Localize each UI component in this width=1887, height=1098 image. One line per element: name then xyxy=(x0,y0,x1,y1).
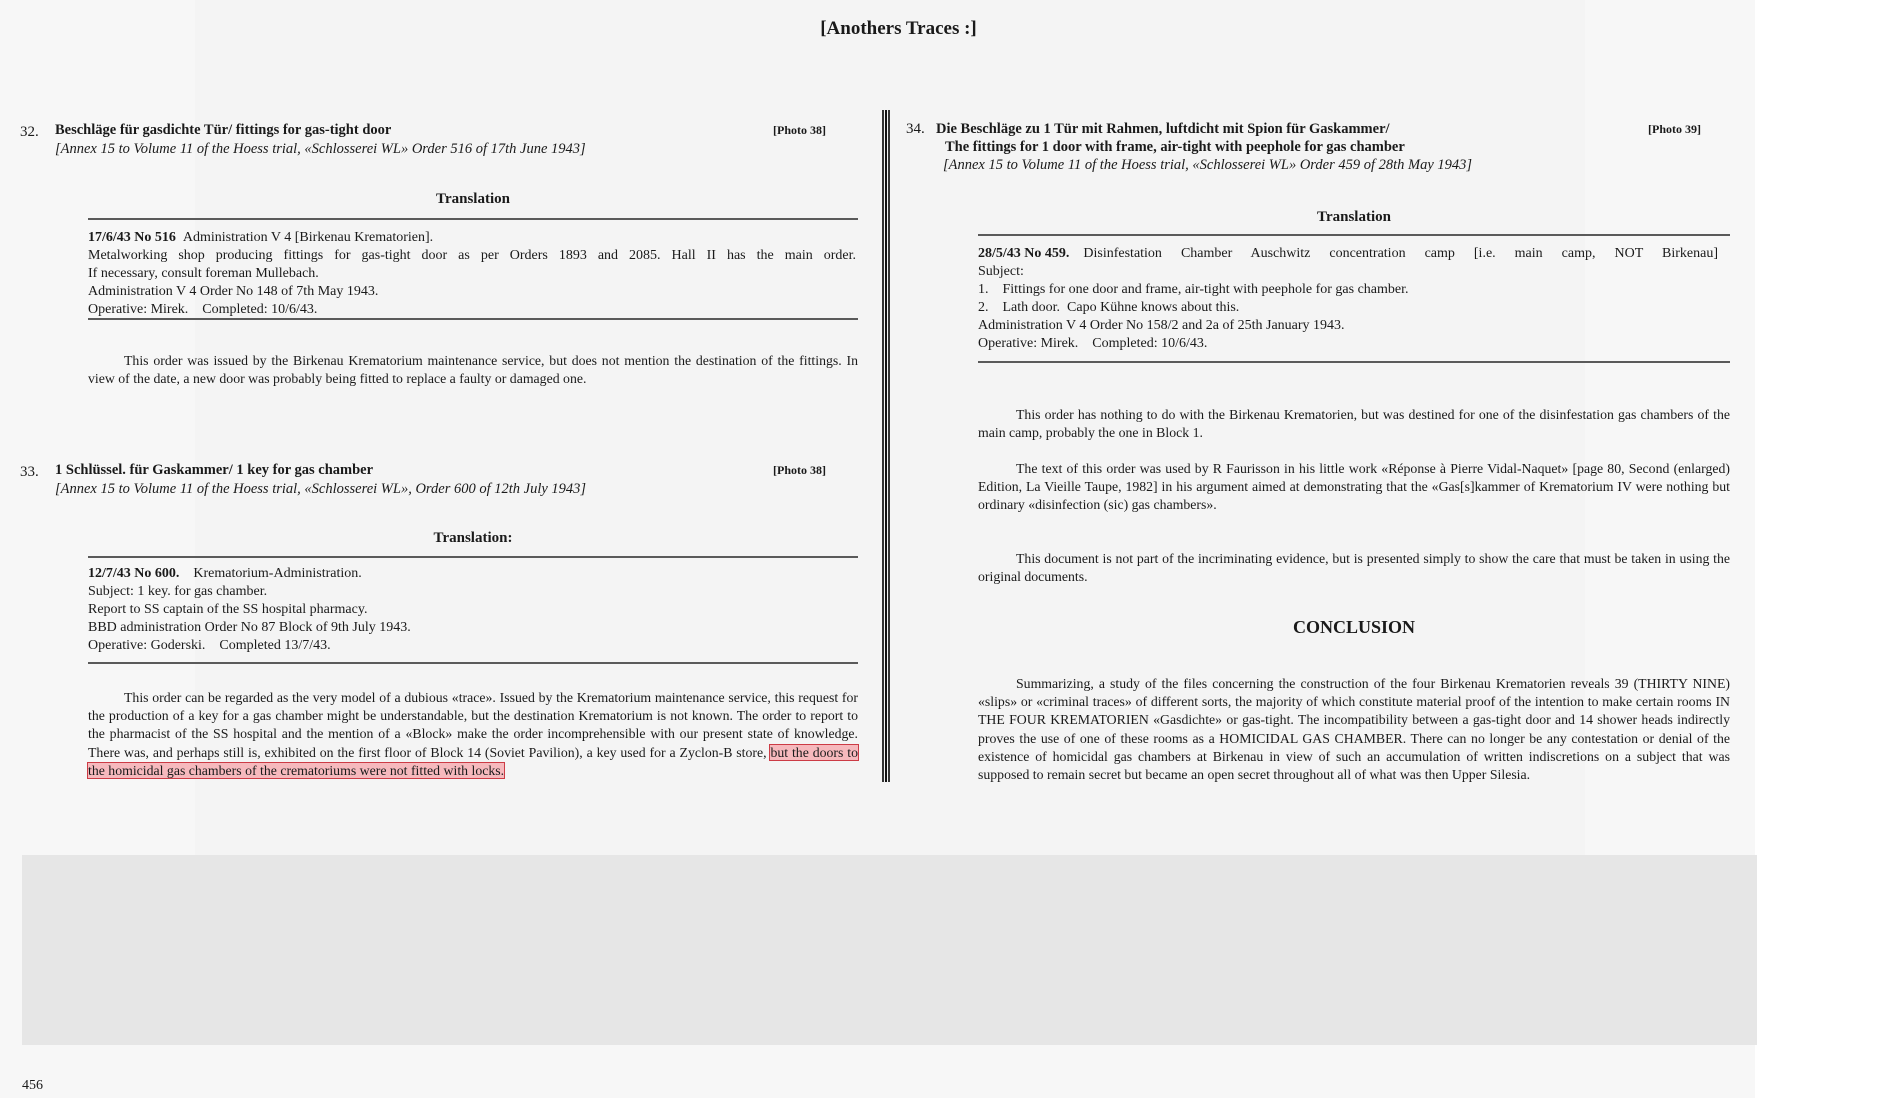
translation-block: 28/5/43 No 459.Disinfestation Chamber Au… xyxy=(978,245,1718,353)
page-number: 456 xyxy=(22,1078,43,1094)
commentary-paragraph: This document is not part of the incrimi… xyxy=(978,550,1730,586)
item-number: 34. xyxy=(906,121,925,138)
photo-reference: [Photo 38] xyxy=(773,463,826,478)
conclusion-heading: CONCLUSION xyxy=(978,617,1730,638)
translation-line: Operative: Goderski. Completed 13/7/43. xyxy=(88,637,856,655)
item-heading: Beschläge für gasdichte Tür/ fittings fo… xyxy=(55,121,391,140)
rule xyxy=(88,662,858,664)
translation-line: Report to SS captain of the SS hospital … xyxy=(88,601,856,619)
translation-block: 12/7/43 No 600. Krematorium-Administrati… xyxy=(88,565,856,655)
rule xyxy=(978,234,1730,236)
translation-heading: Translation xyxy=(978,209,1730,226)
page-title: [Anothers Traces :] xyxy=(0,18,1887,40)
translation-line: Subject: 1 key. for gas chamber. xyxy=(88,583,856,601)
item-heading: Die Beschläge zu 1 Tür mit Rahmen, luftd… xyxy=(936,120,1390,139)
item-heading: 1 Schlüssel. für Gaskammer/ 1 key for ga… xyxy=(55,461,373,480)
item-number: 33. xyxy=(20,464,39,481)
rule xyxy=(978,361,1730,363)
translation-line: 17/6/43 No 516 Administration V 4 [Birke… xyxy=(88,229,856,247)
item-reference: [Annex 15 to Volume 11 of the Hoess tria… xyxy=(943,156,1472,175)
column-divider xyxy=(882,110,890,782)
translation-line: Administration V 4 Order No 148 of 7th M… xyxy=(88,283,856,301)
rule xyxy=(88,318,858,320)
conclusion-paragraph: Summarizing, a study of the files concer… xyxy=(978,675,1730,784)
item-reference: [Annex 15 to Volume 11 of the Hoess tria… xyxy=(55,480,586,499)
translation-line: 2. Lath door. Capo Kühne knows about thi… xyxy=(978,299,1718,317)
translation-line: 1. Fittings for one door and frame, air-… xyxy=(978,281,1718,299)
commentary-paragraph: This order has nothing to do with the Bi… xyxy=(978,406,1730,442)
translation-line: Operative: Mirek. Completed: 10/6/43. xyxy=(88,301,856,319)
commentary-paragraph: The text of this order was used by R Fau… xyxy=(978,460,1730,515)
photo-reference: [Photo 39] xyxy=(1648,122,1701,137)
translation-line: BBD administration Order No 87 Block of … xyxy=(88,619,856,637)
translation-line: 28/5/43 No 459.Disinfestation Chamber Au… xyxy=(978,245,1718,263)
commentary-paragraph: This order can be regarded as the very m… xyxy=(88,689,858,780)
translation-block: 17/6/43 No 516 Administration V 4 [Birke… xyxy=(88,229,856,319)
translation-line: Administration V 4 Order No 158/2 and 2a… xyxy=(978,317,1718,335)
rule xyxy=(88,556,858,558)
item-reference: [Annex 15 to Volume 11 of the Hoess tria… xyxy=(55,140,586,159)
item-heading-translation: The fittings for 1 door with frame, air-… xyxy=(945,138,1405,157)
item-number: 32. xyxy=(20,124,39,141)
scan-shadow-band xyxy=(22,855,1757,1045)
translation-line: If necessary, consult foreman Mullebach. xyxy=(88,265,856,283)
translation-heading: Translation xyxy=(88,191,858,208)
photo-reference: [Photo 38] xyxy=(773,123,826,138)
translation-line: 12/7/43 No 600. Krematorium-Administrati… xyxy=(88,565,856,583)
translation-heading: Translation: xyxy=(88,530,858,547)
translation-line: Operative: Mirek. Completed: 10/6/43. xyxy=(978,335,1718,353)
translation-line: Metalworking shop producing fittings for… xyxy=(88,247,856,265)
rule xyxy=(88,218,858,220)
translation-line: Subject: xyxy=(978,263,1718,281)
commentary-paragraph: This order was issued by the Birkenau Kr… xyxy=(88,352,858,388)
